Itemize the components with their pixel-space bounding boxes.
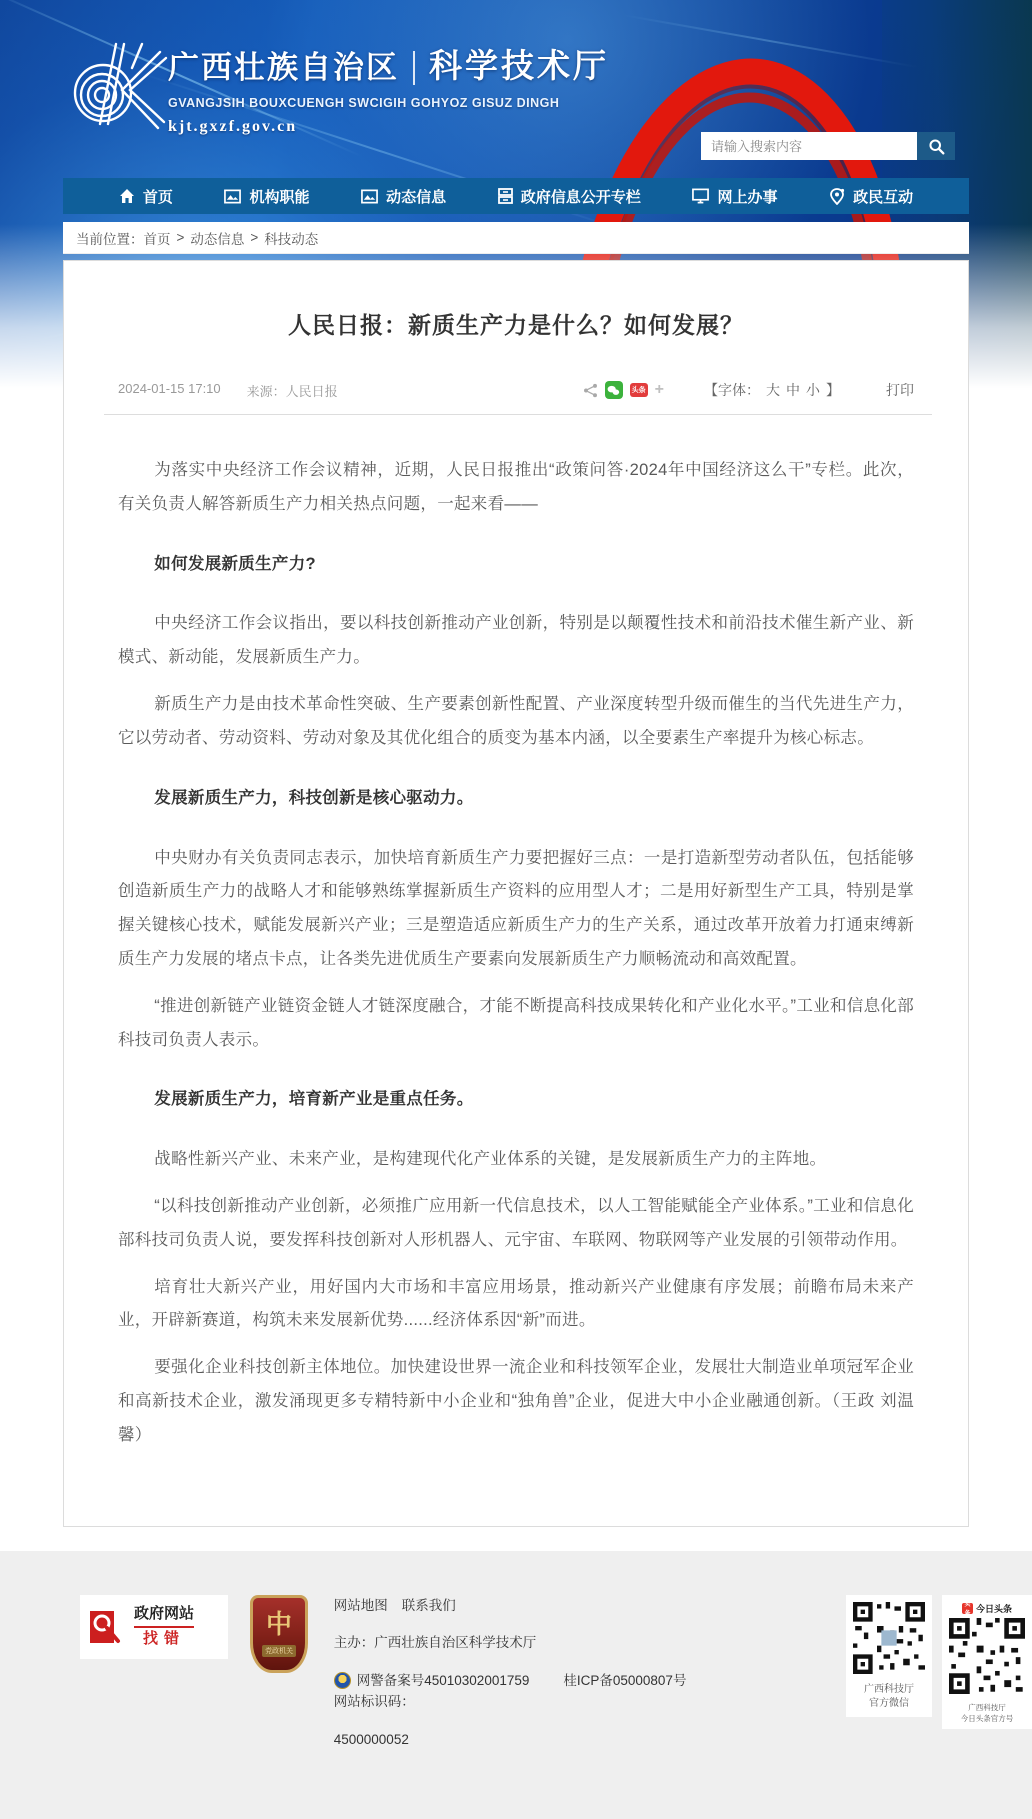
nav-item-orgs[interactable]: 机构职能	[224, 186, 309, 207]
nav-item-home[interactable]: 首页	[119, 186, 173, 207]
wechat-qr-card: 广西科技厅 官方微信	[846, 1595, 932, 1717]
breadcrumb-news-link[interactable]: 动态信息	[190, 228, 244, 248]
contact-link[interactable]: 联系我们	[402, 1595, 456, 1617]
share-button[interactable]	[583, 383, 598, 398]
party-gov-site-badge[interactable]: 中 党政机关	[250, 1595, 307, 1673]
picture-icon	[361, 189, 378, 204]
toutiao-header: 今日头条	[976, 1602, 1012, 1615]
interact-icon	[829, 188, 845, 205]
font-size-control: 【字体： 大 中 小 】	[704, 380, 840, 400]
toutiao-glyph: 头条	[632, 385, 646, 395]
search-box	[701, 132, 955, 160]
toutiao-qr-code	[949, 1618, 1025, 1694]
nav-item-gov-info[interactable]: 政府信息公开专栏	[498, 186, 641, 207]
nav-label: 首页	[143, 186, 173, 207]
site-code-label: 网站标识码：	[334, 1691, 415, 1713]
publish-date: 2024-01-15 17:10	[118, 381, 221, 400]
paragraph: “以科技创新推动产业创新，必须推广应用新一代信息技术，以人工智能赋能全产业体系。…	[118, 1190, 914, 1258]
section-heading: 发展新质生产力，科技创新是核心驱动力。	[118, 782, 914, 816]
share-nodes-icon	[583, 383, 598, 398]
search-input[interactable]	[701, 132, 917, 160]
article-container: 人民日报：新质生产力是什么？如何发展？ 2024-01-15 17:10 来源：…	[63, 260, 969, 1527]
nav-label: 政府信息公开专栏	[521, 186, 641, 207]
article-meta-left: 2024-01-15 17:10 来源：人民日报	[118, 381, 338, 400]
wechat-qr-caption: 广西科技厅 官方微信	[853, 1683, 925, 1712]
qr-codes: 广西科技厅 官方微信 头条 今日头条	[846, 1595, 1032, 1730]
paragraph: 要强化企业科技创新主体地位。加快建设世界一流企业和科技领军企业，发展壮大制造业单…	[118, 1351, 914, 1452]
font-size-small[interactable]: 小	[806, 380, 820, 400]
picture-icon	[224, 189, 241, 204]
archive-icon	[498, 188, 513, 204]
paragraph: 为落实中央经济工作会议精神，近期，人民日报推出“政策问答·2024年中国经济这么…	[118, 454, 914, 522]
paragraph: 中央经济工作会议指出，要以科技创新推动产业创新，特别是以颠覆性技术和前沿技术催生…	[118, 607, 914, 675]
site-logo[interactable]	[72, 38, 168, 135]
bk-monogram-icon	[72, 38, 168, 130]
font-size-large[interactable]: 大	[766, 380, 780, 400]
error-badge-line1: 政府网站	[134, 1603, 194, 1629]
shield-emblem-icon: 中	[266, 1611, 292, 1637]
icp-number: 桂ICP备05000807号	[563, 1670, 686, 1692]
site-code-value: 4500000052	[334, 1729, 409, 1751]
wechat-share-button[interactable]	[605, 381, 623, 399]
search-icon	[928, 138, 945, 155]
breadcrumb-separator: >	[177, 230, 185, 245]
breadcrumb: 当前位置： 首页 > 动态信息 > 科技动态	[63, 222, 969, 254]
breadcrumb-home-link[interactable]: 首页	[144, 228, 171, 248]
breadcrumb-current[interactable]: 科技动态	[264, 228, 318, 248]
main-nav: 首页 机构职能 动态信息 政府信息公开专栏	[63, 178, 969, 214]
nav-item-interaction[interactable]: 政民互动	[829, 186, 913, 207]
gov-badge-label: 党政机关	[262, 1645, 296, 1657]
site-footer: 政府网站 找错 中 党政机关 网站地图 联系我们 主办：广西壮族自治区科学技术厅	[0, 1551, 1032, 1819]
search-button[interactable]	[917, 132, 955, 160]
error-badge-line2: 找错	[143, 1628, 185, 1651]
breadcrumb-separator: >	[250, 230, 258, 245]
title-divider	[413, 51, 415, 85]
nav-label: 政民互动	[853, 186, 913, 207]
home-icon	[119, 188, 135, 204]
toutiao-logo-icon: 头条	[962, 1603, 973, 1614]
organizer-text: 主办：广西壮族自治区科学技术厅	[334, 1632, 537, 1654]
section-heading: 发展新质生产力，培育新产业是重点任务。	[118, 1083, 914, 1117]
share-bar: 头条 +	[583, 381, 664, 399]
wechat-qr-code	[853, 1602, 925, 1674]
article-meta-right: 头条 + 【字体： 大 中 小 】 打印	[583, 380, 914, 400]
nav-item-online-services[interactable]: 网上办事	[692, 186, 777, 207]
nav-label: 网上办事	[717, 186, 777, 207]
nav-label: 机构职能	[249, 186, 309, 207]
error-report-magnifier-icon	[88, 1607, 126, 1647]
paragraph: “推进创新链产业链资金链人才链深度融合，才能不断提高科技成果转化和产业化水平。”…	[118, 990, 914, 1058]
page: 广西壮族自治区 科学技术厅 GVANGJSIH BOUXCUENGH SWCIG…	[0, 0, 1032, 1819]
print-button[interactable]: 打印	[886, 380, 914, 400]
site-url: kjt.gxzf.gov.cn	[168, 118, 609, 136]
font-label-open: 【字体：	[704, 380, 760, 400]
toutiao-qr-card: 头条 今日头条	[942, 1595, 1032, 1730]
footer-info: 网站地图 联系我们 主办：广西壮族自治区科学技术厅 网警备案号450103020…	[334, 1595, 780, 1767]
zhuang-language-name: GVANGJSIH BOUXCUENGH SWCIGIH GOHYOZ GISU…	[168, 96, 609, 110]
article-title: 人民日报：新质生产力是什么？如何发展？	[104, 307, 928, 340]
region-name: 广西壮族自治区	[168, 42, 399, 87]
department-name: 科学技术厅	[429, 40, 609, 87]
paragraph: 中央财办有关负责同志表示，加快培育新质生产力要把握好三点：一是打造新型劳动者队伍…	[118, 842, 914, 977]
monitor-icon	[692, 188, 709, 204]
paragraph: 新质生产力是由技术革命性突破、生产要素创新性配置、产业深度转型升级而催生的当代先…	[118, 688, 914, 756]
wechat-icon	[607, 385, 620, 396]
gov-site-error-report-badge[interactable]: 政府网站 找错	[80, 1595, 228, 1659]
toutiao-qr-caption: 广西科技厅 今日头条官方号	[949, 1703, 1025, 1725]
nav-label: 动态信息	[386, 186, 446, 207]
police-badge-icon	[334, 1672, 351, 1689]
breadcrumb-prefix: 当前位置：	[76, 228, 144, 248]
site-title-block: 广西壮族自治区 科学技术厅 GVANGJSIH BOUXCUENGH SWCIG…	[168, 40, 609, 136]
font-size-medium[interactable]: 中	[786, 380, 800, 400]
police-record-number: 网警备案号45010302001759	[357, 1670, 530, 1692]
nav-item-news[interactable]: 动态信息	[361, 186, 446, 207]
font-label-close: 】	[826, 380, 840, 400]
paragraph: 战略性新兴产业、未来产业，是构建现代化产业体系的关键，是发展新质生产力的主阵地。	[118, 1143, 914, 1177]
toutiao-share-button[interactable]: 头条	[630, 383, 648, 397]
sitemap-link[interactable]: 网站地图	[334, 1595, 388, 1617]
article-source: 来源：人民日报	[247, 381, 338, 400]
paragraph: 培育壮大新兴产业，用好国内大市场和丰富应用场景，推动新兴产业健康有序发展；前瞻布…	[118, 1271, 914, 1339]
section-heading: 如何发展新质生产力?	[118, 548, 914, 582]
more-share-button[interactable]: +	[655, 381, 664, 399]
article-meta-row: 2024-01-15 17:10 来源：人民日报	[104, 380, 928, 400]
article-body: 为落实中央经济工作会议精神，近期，人民日报推出“政策问答·2024年中国经济这么…	[104, 415, 928, 1453]
site-banner: 广西壮族自治区 科学技术厅 GVANGJSIH BOUXCUENGH SWCIG…	[0, 0, 1032, 178]
